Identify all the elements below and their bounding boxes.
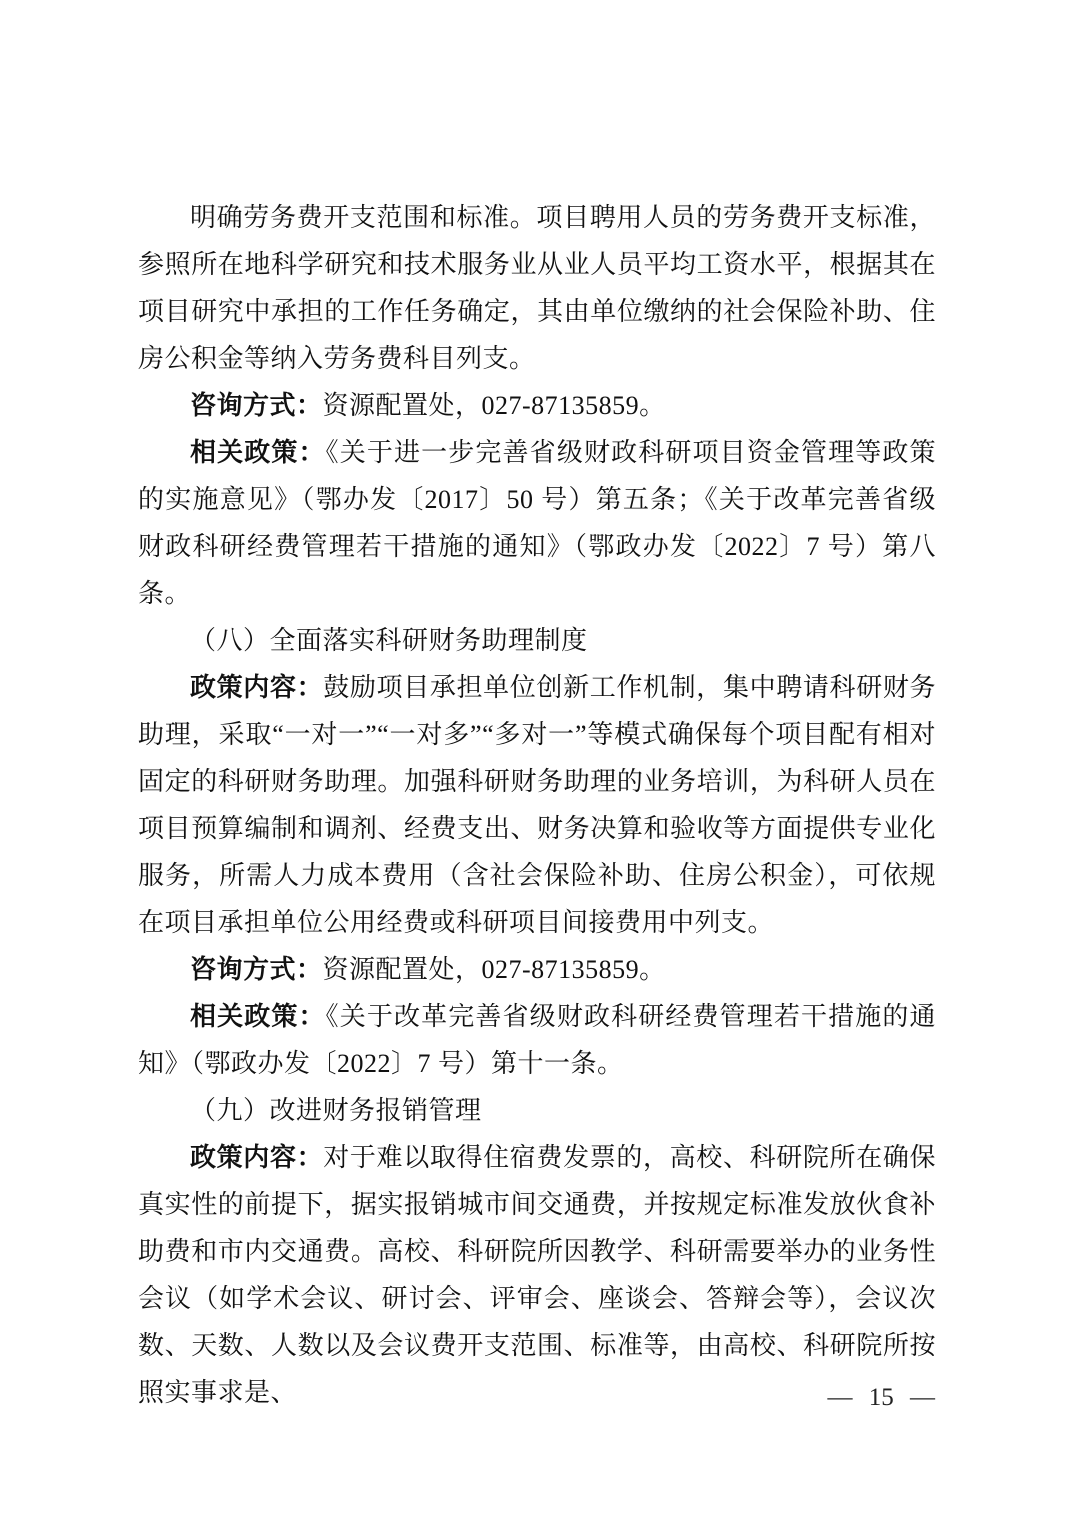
paragraph-label: 政策内容：	[190, 1143, 323, 1172]
document-body: 明确劳务费开支范围和标准。项目聘用人员的劳务费开支标准，参照所在地科学研究和技术…	[138, 194, 936, 1416]
page-number-text: — 15 —	[828, 1384, 936, 1411]
paragraph-label: 相关政策：	[190, 438, 326, 467]
section-heading-9: （九）改进财务报销管理	[138, 1087, 936, 1134]
section-heading-8: （八）全面落实科研财务助理制度	[138, 617, 936, 664]
heading-text: （八）全面落实科研财务助理制度	[190, 626, 588, 655]
paragraph-related-policy-1: 相关政策：《关于进一步完善省级财政科研项目资金管理等政策的实施意见》（鄂办发〔2…	[138, 429, 936, 617]
paragraph-labor-fee: 明确劳务费开支范围和标准。项目聘用人员的劳务费开支标准，参照所在地科学研究和技术…	[138, 194, 936, 382]
paragraph-policy-content-2: 政策内容：对于难以取得住宿费发票的，高校、科研院所在确保真实性的前提下，据实报销…	[138, 1134, 936, 1416]
paragraph-text: 资源配置处，027-87135859。	[323, 391, 666, 420]
paragraph-policy-content-1: 政策内容：鼓励项目承担单位创新工作机制，集中聘请科研财务助理，采取“一对一”“一…	[138, 664, 936, 946]
paragraph-related-policy-2: 相关政策：《关于改革完善省级财政科研经费管理若干措施的通知》（鄂政办发〔2022…	[138, 993, 936, 1087]
paragraph-label: 咨询方式：	[190, 955, 323, 984]
document-page: 明确劳务费开支范围和标准。项目聘用人员的劳务费开支标准，参照所在地科学研究和技术…	[0, 0, 1074, 1520]
paragraph-label: 咨询方式：	[190, 391, 323, 420]
paragraph-label: 政策内容：	[190, 673, 323, 702]
paragraph-label: 相关政策：	[190, 1002, 326, 1031]
paragraph-consult-method-2: 咨询方式：资源配置处，027-87135859。	[138, 946, 936, 993]
paragraph-text: 资源配置处，027-87135859。	[323, 955, 666, 984]
heading-text: （九）改进财务报销管理	[190, 1096, 482, 1125]
paragraph-text: 明确劳务费开支范围和标准。项目聘用人员的劳务费开支标准，参照所在地科学研究和技术…	[138, 203, 936, 373]
paragraph-text: 对于难以取得住宿费发票的，高校、科研院所在确保真实性的前提下，据实报销城市间交通…	[138, 1143, 936, 1407]
page-number: — 15 —	[828, 1383, 936, 1413]
paragraph-text: 鼓励项目承担单位创新工作机制，集中聘请科研财务助理，采取“一对一”“一对多”“多…	[138, 673, 936, 937]
paragraph-consult-method-1: 咨询方式：资源配置处，027-87135859。	[138, 382, 936, 429]
